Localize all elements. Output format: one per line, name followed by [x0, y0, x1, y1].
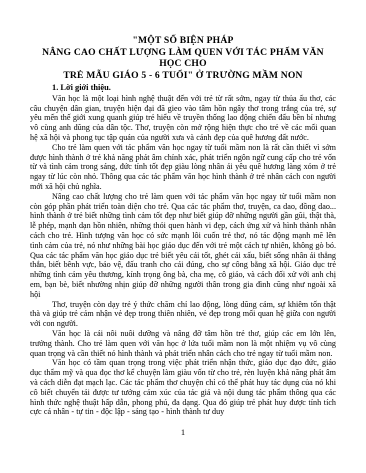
paragraph-2: Cho trẻ làm quen với tác phẩm văn học ng…: [30, 143, 336, 192]
title-line-1: "MỘT SỐ BIỆN PHÁP: [30, 35, 336, 47]
document-title: "MỘT SỐ BIỆN PHÁP NÂNG CAO CHẤT LƯỢNG LÀ…: [30, 35, 336, 81]
document-page: "MỘT SỐ BIỆN PHÁP NÂNG CAO CHẤT LƯỢNG LÀ…: [0, 0, 366, 473]
paragraph-1: Văn học là một loại hình nghệ thuật đến …: [30, 94, 336, 143]
section-heading: 1. Lời giới thiệu.: [30, 83, 336, 94]
paragraph-3: Nâng cao chất lượng cho trẻ làm quen với…: [30, 192, 336, 300]
page-number: 1: [30, 427, 336, 437]
paragraph-5: Văn học là cái nôi nuôi dưỡng và nâng đỡ…: [30, 329, 336, 358]
title-line-3: TRẺ MẪU GIÁO 5 - 6 TUỔI" Ở TRƯỜNG MẦM NO…: [30, 70, 336, 82]
paragraph-6: Văn học có tầm quan trọng trong việc phá…: [30, 358, 336, 417]
paragraph-4: Thơ, truyện còn dạy trẻ ý thức chăm chỉ …: [30, 300, 336, 329]
title-line-2: NÂNG CAO CHẤT LƯỢNG LÀM QUEN VỚI TÁC PHẨ…: [30, 47, 336, 70]
